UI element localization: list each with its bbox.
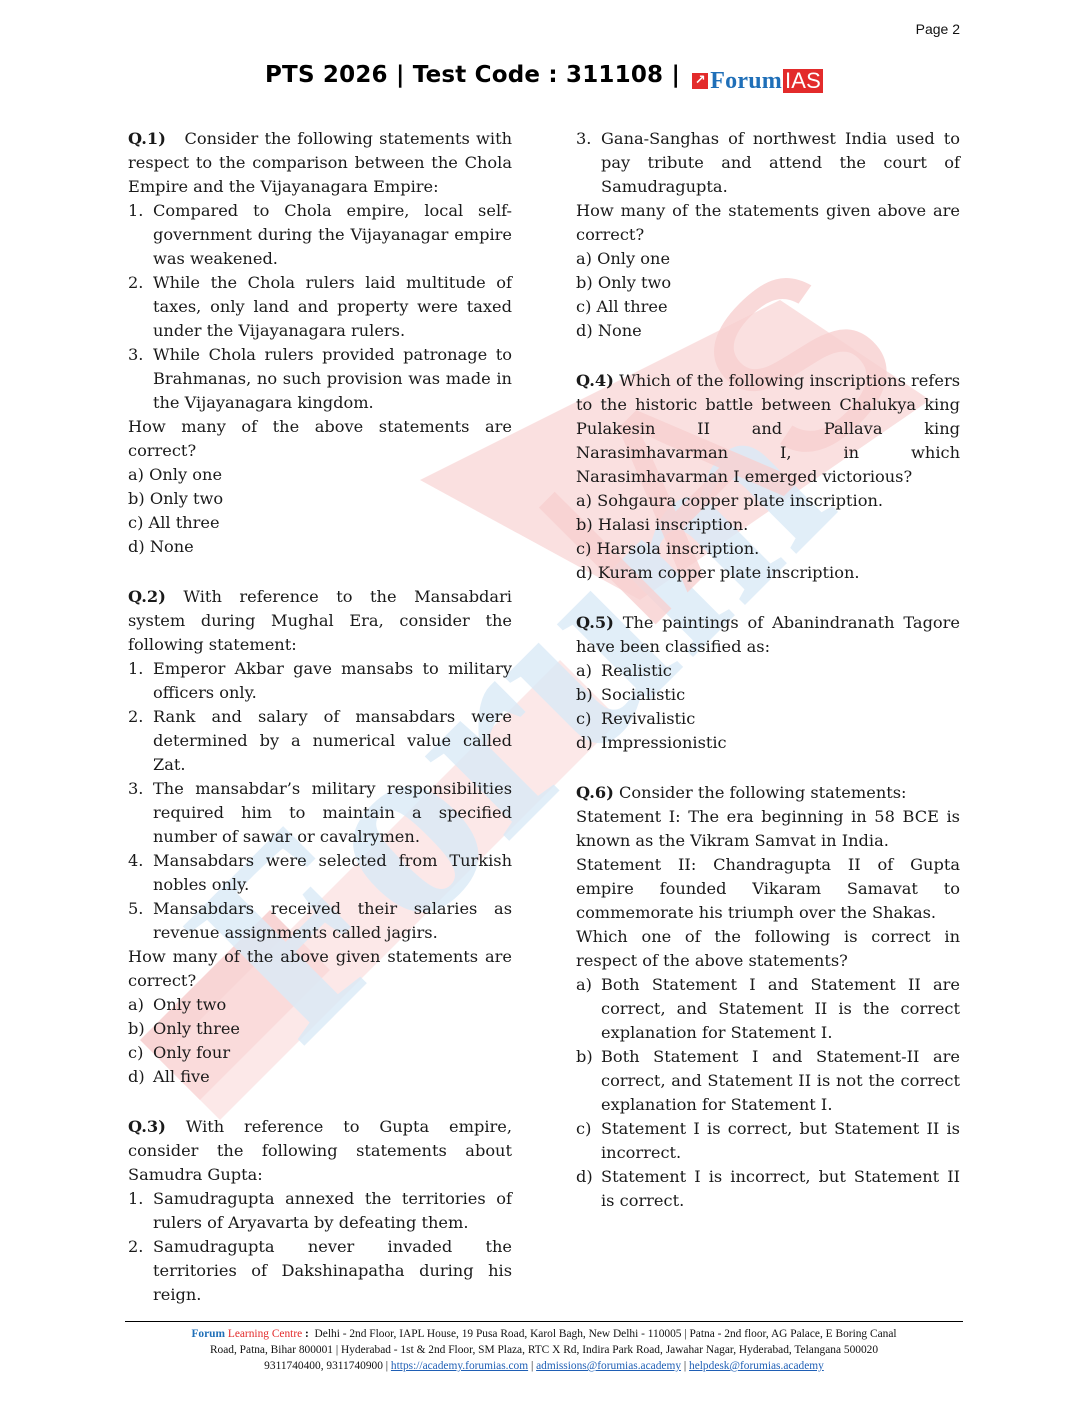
page-title: PTS 2026 | Test Code : 311108 | ↗ Forum … <box>0 62 1088 95</box>
question-stem: The paintings of Abanindranath Tagore ha… <box>576 613 960 656</box>
question-prompt: How many of the above given statements a… <box>128 945 512 993</box>
statement: 4.Mansabdars were selected from Turkish … <box>128 849 512 897</box>
question-number: Q.1) <box>128 129 166 148</box>
statement: 1.Emperor Akbar gave mansabs to military… <box>128 657 512 705</box>
statement: 2.Samudragupta never invaded the territo… <box>128 1235 512 1307</box>
option-b[interactable]: b) Only two <box>128 487 512 511</box>
statement-list: 1.Compared to Chola empire, local self-g… <box>128 199 512 415</box>
footer-address-line-2: Road, Patna, Bihar 800001 | Hyderabad - … <box>125 1342 963 1358</box>
option-b[interactable]: b) Only two <box>576 271 960 295</box>
question-prompt: Which one of the following is correct in… <box>576 925 960 973</box>
option-c[interactable]: c)Statement I is correct, but Statement … <box>576 1117 960 1165</box>
question-number: Q.5) <box>576 613 614 632</box>
right-column: 3.Gana-Sanghas of northwest India used t… <box>576 127 960 1213</box>
question-1: Q.1) Consider the following statements w… <box>128 127 512 559</box>
statement-list: 1.Samudragupta annexed the territories o… <box>128 1187 512 1307</box>
website-link[interactable]: https://academy.forumias.com <box>391 1360 528 1372</box>
question-number: Q.2) <box>128 587 166 606</box>
question-number: Q.4) <box>576 371 614 390</box>
statement: 3.While Chola rulers provided patronage … <box>128 343 512 415</box>
test-title: PTS 2026 | Test Code : 311108 | <box>265 62 680 88</box>
statement-list: 3.Gana-Sanghas of northwest India used t… <box>576 127 960 199</box>
footer-contact-line: 9311740400, 9311740900 | https://academy… <box>125 1358 963 1374</box>
statement: 3.Gana-Sanghas of northwest India used t… <box>576 127 960 199</box>
question-6: Q.6) Consider the following statements: … <box>576 781 960 1213</box>
statement: 2.Rank and salary of mansabdars were det… <box>128 705 512 777</box>
option-a[interactable]: a) Only one <box>576 247 960 271</box>
footer-phones: 9311740400, 9311740900 <box>264 1360 383 1372</box>
question-5: Q.5) The paintings of Abanindranath Tago… <box>576 611 960 755</box>
statement: 5.Mansabdars received their salaries as … <box>128 897 512 945</box>
statement-1: Statement I: The era beginning in 58 BCE… <box>576 805 960 853</box>
option-b[interactable]: b)Socialistic <box>576 683 960 707</box>
statement: 3.The mansabdar’s military responsibilit… <box>128 777 512 849</box>
statement: 1.Compared to Chola empire, local self-g… <box>128 199 512 271</box>
option-c[interactable]: c) All three <box>576 295 960 319</box>
statement: 1.Samudragupta annexed the territories o… <box>128 1187 512 1235</box>
logo-ias-text: IAS <box>783 69 823 93</box>
admissions-email-link[interactable]: admissions@forumias.academy <box>536 1360 681 1372</box>
option-a[interactable]: a)Only two <box>128 993 512 1017</box>
statement-2: Statement II: Chandragupta II of Gupta e… <box>576 853 960 925</box>
option-d[interactable]: d) Kuram copper plate inscription. <box>576 561 960 585</box>
question-stem: With reference to Gupta empire, consider… <box>128 1117 512 1184</box>
footer-brand-learning-centre: Learning Centre <box>228 1328 302 1340</box>
option-a[interactable]: a)Both Statement I and Statement II are … <box>576 973 960 1045</box>
option-d[interactable]: d)All five <box>128 1065 512 1089</box>
option-a[interactable]: a)Realistic <box>576 659 960 683</box>
question-number: Q.6) <box>576 783 614 802</box>
question-4: Q.4) Which of the following inscriptions… <box>576 369 960 585</box>
question-3: Q.3) With reference to Gupta empire, con… <box>128 1115 512 1307</box>
question-prompt: How many of the statements given above a… <box>576 199 960 247</box>
left-column: Q.1) Consider the following statements w… <box>128 127 512 1307</box>
option-b[interactable]: b)Both Statement I and Statement-II are … <box>576 1045 960 1117</box>
statement: 2.While the Chola rulers laid multitude … <box>128 271 512 343</box>
option-a[interactable]: a) Sohgaura copper plate inscription. <box>576 489 960 513</box>
page-number: Page 2 <box>916 21 960 37</box>
option-c[interactable]: c) All three <box>128 511 512 535</box>
option-b[interactable]: b) Halasi inscription. <box>576 513 960 537</box>
logo-forum-text: Forum <box>710 68 782 95</box>
question-2: Q.2) With reference to the Mansabdari sy… <box>128 585 512 1089</box>
question-stem: Consider the following statements with r… <box>128 129 512 196</box>
option-d[interactable]: d) None <box>128 535 512 559</box>
question-stem: With reference to the Mansabdari system … <box>128 587 512 654</box>
footer-brand-forum: Forum <box>191 1328 225 1340</box>
question-stem: Which of the following inscriptions refe… <box>576 371 960 486</box>
option-d[interactable]: d)Impressionistic <box>576 731 960 755</box>
page-footer: Forum Learning Centre : Delhi - 2nd Floo… <box>125 1321 963 1374</box>
option-b[interactable]: b)Only three <box>128 1017 512 1041</box>
footer-address-line-1: Forum Learning Centre : Delhi - 2nd Floo… <box>125 1326 963 1342</box>
option-c[interactable]: c)Only four <box>128 1041 512 1065</box>
question-number: Q.3) <box>128 1117 166 1136</box>
option-c[interactable]: c) Harsola inscription. <box>576 537 960 561</box>
statement-list: 1.Emperor Akbar gave mansabs to military… <box>128 657 512 945</box>
forumias-logo: ↗ Forum IAS <box>692 68 823 95</box>
helpdesk-email-link[interactable]: helpdesk@forumias.academy <box>689 1360 824 1372</box>
option-d[interactable]: d) None <box>576 319 960 343</box>
question-prompt: How many of the above statements are cor… <box>128 415 512 463</box>
option-d[interactable]: d)Statement I is incorrect, but Statemen… <box>576 1165 960 1213</box>
question-stem: Consider the following statements: <box>619 783 907 802</box>
arrow-up-right-icon: ↗ <box>692 73 708 89</box>
question-3-continued: 3.Gana-Sanghas of northwest India used t… <box>576 127 960 343</box>
option-c[interactable]: c)Revivalistic <box>576 707 960 731</box>
option-a[interactable]: a) Only one <box>128 463 512 487</box>
